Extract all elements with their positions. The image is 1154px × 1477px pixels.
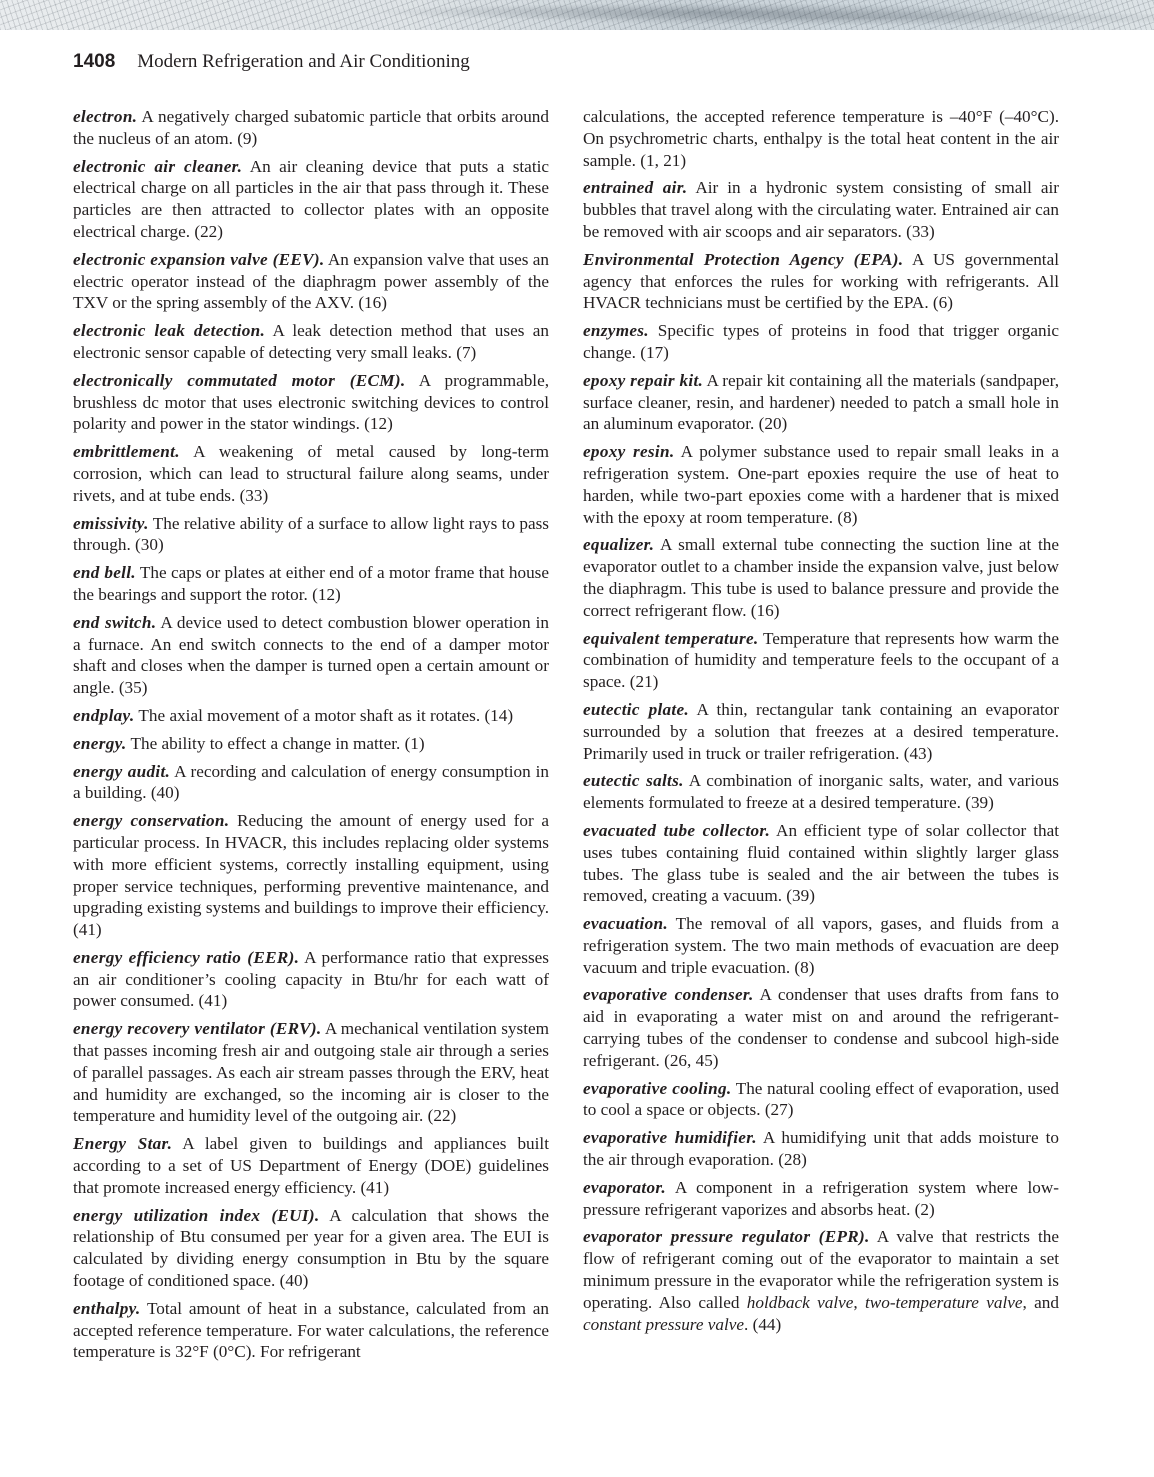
glossary-term: electronically commutated motor (ECM). <box>73 371 405 390</box>
glossary-term: energy conservation. <box>73 811 229 830</box>
glossary-definition: Reducing the amount of energy used for a… <box>73 811 549 939</box>
glossary-term: equalizer. <box>583 535 654 554</box>
glossary-term: evaporator. <box>583 1178 666 1197</box>
glossary-entry: evacuated tube collector. An efficient t… <box>583 820 1059 907</box>
glossary-entry: electron. A negatively charged subatomic… <box>73 106 549 150</box>
glossary-term: end switch. <box>73 613 156 632</box>
glossary-entry: embrittlement. A weakening of metal caus… <box>73 441 549 506</box>
glossary-term: evaporator pressure regulator (EPR). <box>583 1227 870 1246</box>
glossary-term: end bell. <box>73 563 136 582</box>
decorative-header-band <box>0 0 1154 30</box>
glossary-definition: A negatively charged subatomic particle … <box>73 107 549 148</box>
glossary-entry: evaporative cooling. The natural cooling… <box>583 1078 1059 1122</box>
glossary-entry: equalizer. A small external tube connect… <box>583 534 1059 621</box>
glossary-term: evaporative cooling. <box>583 1079 731 1098</box>
glossary-term: evaporative condenser. <box>583 985 754 1004</box>
separator: , <box>853 1293 865 1312</box>
also-called-term: holdback valve <box>747 1293 854 1312</box>
glossary-term: enthalpy. <box>73 1299 140 1318</box>
glossary-term: energy recovery ventilator (ERV). <box>73 1019 321 1038</box>
glossary-entry: electronic expansion valve (EEV). An exp… <box>73 249 549 314</box>
glossary-term: evaporative humidifier. <box>583 1128 757 1147</box>
glossary-entry: eutectic plate. A thin, rectangular tank… <box>583 699 1059 764</box>
glossary-definition: The axial movement of a motor shaft as i… <box>134 706 513 725</box>
glossary-term: energy efficiency ratio (EER). <box>73 948 299 967</box>
glossary-entry: epoxy repair kit. A repair kit containin… <box>583 370 1059 435</box>
glossary-term: energy. <box>73 734 127 753</box>
book-title: Modern Refrigeration and Air Conditionin… <box>137 51 469 73</box>
glossary-term: epoxy repair kit. <box>583 371 703 390</box>
glossary-entry: energy audit. A recording and calculatio… <box>73 761 549 805</box>
glossary-term: evacuated tube collector. <box>583 821 770 840</box>
glossary-term: energy audit. <box>73 762 170 781</box>
glossary-term: equivalent temperature. <box>583 629 758 648</box>
running-head: 1408 Modern Refrigeration and Air Condit… <box>73 51 470 73</box>
glossary-entry: endplay. The axial movement of a motor s… <box>73 705 549 727</box>
glossary-entry: evaporative condenser. A condenser that … <box>583 984 1059 1071</box>
glossary-term: energy utilization index (EUI). <box>73 1206 319 1225</box>
glossary-term: Environmental Protection Agency (EPA). <box>583 250 903 269</box>
glossary-entry: end bell. The caps or plates at either e… <box>73 562 549 606</box>
glossary-entry: evaporator. A component in a refrigerati… <box>583 1177 1059 1221</box>
glossary-entry: electronic air cleaner. An air cleaning … <box>73 156 549 243</box>
glossary-column-left: electron. A negatively charged subatomic… <box>73 106 549 1369</box>
glossary-entry: emissivity. The relative ability of a su… <box>73 513 549 557</box>
glossary-term: emissivity. <box>73 514 149 533</box>
glossary-term: Energy Star. <box>73 1134 172 1153</box>
glossary-entry: electronic leak detection. A leak detect… <box>73 320 549 364</box>
glossary-entry: energy recovery ventilator (ERV). A mech… <box>73 1018 549 1127</box>
glossary-entry: enthalpy. Total amount of heat in a subs… <box>73 1298 549 1363</box>
glossary-definition: The ability to effect a change in matter… <box>127 734 425 753</box>
glossary-term: endplay. <box>73 706 134 725</box>
glossary-entry: energy utilization index (EUI). A calcul… <box>73 1205 549 1292</box>
page-number: 1408 <box>73 51 115 73</box>
also-called-term: two-temperature valve <box>865 1293 1023 1312</box>
glossary-entry-continued: calculations, the accepted reference tem… <box>583 106 1059 171</box>
glossary-term: eutectic salts. <box>583 771 684 790</box>
glossary-column-right: calculations, the accepted reference tem… <box>583 106 1059 1341</box>
glossary-entry: energy efficiency ratio (EER). A perform… <box>73 947 549 1012</box>
glossary-term: embrittlement. <box>73 442 180 461</box>
glossary-entry: entrained air. Air in a hydronic system … <box>583 177 1059 242</box>
glossary-term: electron. <box>73 107 137 126</box>
glossary-term: eutectic plate. <box>583 700 689 719</box>
glossary-entry: eutectic salts. A combination of inorgan… <box>583 770 1059 814</box>
glossary-entry: evaporator pressure regulator (EPR). A v… <box>583 1226 1059 1335</box>
glossary-term: epoxy resin. <box>583 442 674 461</box>
glossary-entry: energy conservation. Reducing the amount… <box>73 810 549 941</box>
glossary-term: electronic expansion valve (EEV). <box>73 250 325 269</box>
glossary-entry: Energy Star. A label given to buildings … <box>73 1133 549 1198</box>
glossary-definition: Total amount of heat in a substance, cal… <box>73 1299 549 1362</box>
glossary-definition: The caps or plates at either end of a mo… <box>73 563 549 604</box>
glossary-entry: epoxy resin. A polymer substance used to… <box>583 441 1059 528</box>
glossary-entry: end switch. A device used to detect comb… <box>73 612 549 699</box>
glossary-entry: Environmental Protection Agency (EPA). A… <box>583 249 1059 314</box>
glossary-definition: calculations, the accepted reference tem… <box>583 107 1059 170</box>
glossary-entry: electronically commutated motor (ECM). A… <box>73 370 549 435</box>
glossary-entry: evacuation. The removal of all vapors, g… <box>583 913 1059 978</box>
chapter-reference: . (44) <box>744 1315 781 1334</box>
glossary-entry: enzymes. Specific types of proteins in f… <box>583 320 1059 364</box>
glossary-definition: Specific types of proteins in food that … <box>583 321 1059 362</box>
also-called-term: constant pressure valve <box>583 1315 744 1334</box>
glossary-definition: A small external tube connecting the suc… <box>583 535 1059 619</box>
glossary-term: entrained air. <box>583 178 687 197</box>
glossary-entry: evaporative humidifier. A humidifying un… <box>583 1127 1059 1171</box>
glossary-entry: energy. The ability to effect a change i… <box>73 733 549 755</box>
glossary-term: evacuation. <box>583 914 668 933</box>
glossary-term: enzymes. <box>583 321 649 340</box>
glossary-entry: equivalent temperature. Temperature that… <box>583 628 1059 693</box>
glossary-term: electronic leak detection. <box>73 321 265 340</box>
glossary-term: electronic air cleaner. <box>73 157 242 176</box>
separator: , and <box>1023 1293 1059 1312</box>
